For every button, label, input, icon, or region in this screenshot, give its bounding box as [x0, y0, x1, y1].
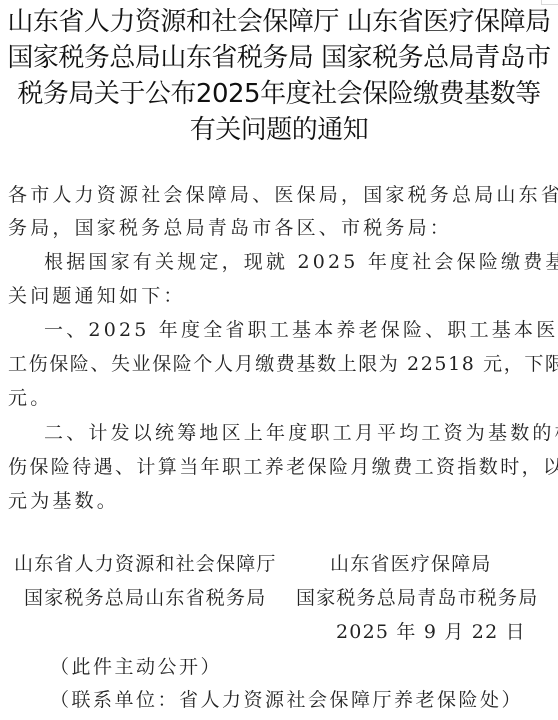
- title-line: 山东省人力资源和社会保障厅 山东省医疗保障局: [0, 4, 558, 40]
- item-1-line: 工伤保险、失业保险个人月缴费基数上限为 22518 元，下限为 4504: [8, 349, 558, 376]
- intro-line: 根据国家有关规定，现就 2025 年度社会保险缴费基数等有: [44, 247, 558, 274]
- title-line: 有关问题的通知: [0, 112, 558, 148]
- title-line: 税务局关于公布2025年度社会保险缴费基数等: [0, 76, 558, 112]
- item-1-line: 元。: [8, 383, 52, 410]
- disclosure-note: （此件主动公开）: [50, 652, 222, 679]
- addressee-line: 务局，国家税务总局青岛市各区、市税务局：: [8, 213, 452, 240]
- issue-date: 2025 年 9 月 22 日: [336, 617, 526, 644]
- signature-tax-qingdao: 国家税务总局青岛市税务局: [296, 583, 538, 610]
- item-1-line: 一、2025 年度全省职工基本养老保险、职工基本医疗保险、: [44, 315, 558, 342]
- item-2-line: 二、计发以统筹地区上年度职工月平均工资为基数的相关工: [44, 418, 558, 445]
- signature-tax-shandong: 国家税务总局山东省税务局: [24, 583, 266, 610]
- item-2-line: 伤保险待遇、计算当年职工养老保险月缴费工资指数时，以 7506: [8, 452, 558, 479]
- title-line: 国家税务总局山东省税务局 国家税务总局青岛市: [0, 40, 558, 76]
- item-2-line: 元为基数。: [8, 486, 119, 513]
- addressee-line: 各市人力资源社会保障局、医保局，国家税务总局山东省各市税: [8, 180, 558, 207]
- intro-line: 关问题通知如下：: [8, 281, 186, 308]
- document-title: 山东省人力资源和社会保障厅 山东省医疗保障局 国家税务总局山东省税务局 国家税务…: [0, 4, 558, 148]
- signature-medical-security: 山东省医疗保障局: [330, 549, 492, 576]
- signature-hrss: 山东省人力资源和社会保障厅: [14, 549, 277, 576]
- contact-note: （联系单位：省人力资源社会保障厅养老保险处）: [50, 685, 523, 712]
